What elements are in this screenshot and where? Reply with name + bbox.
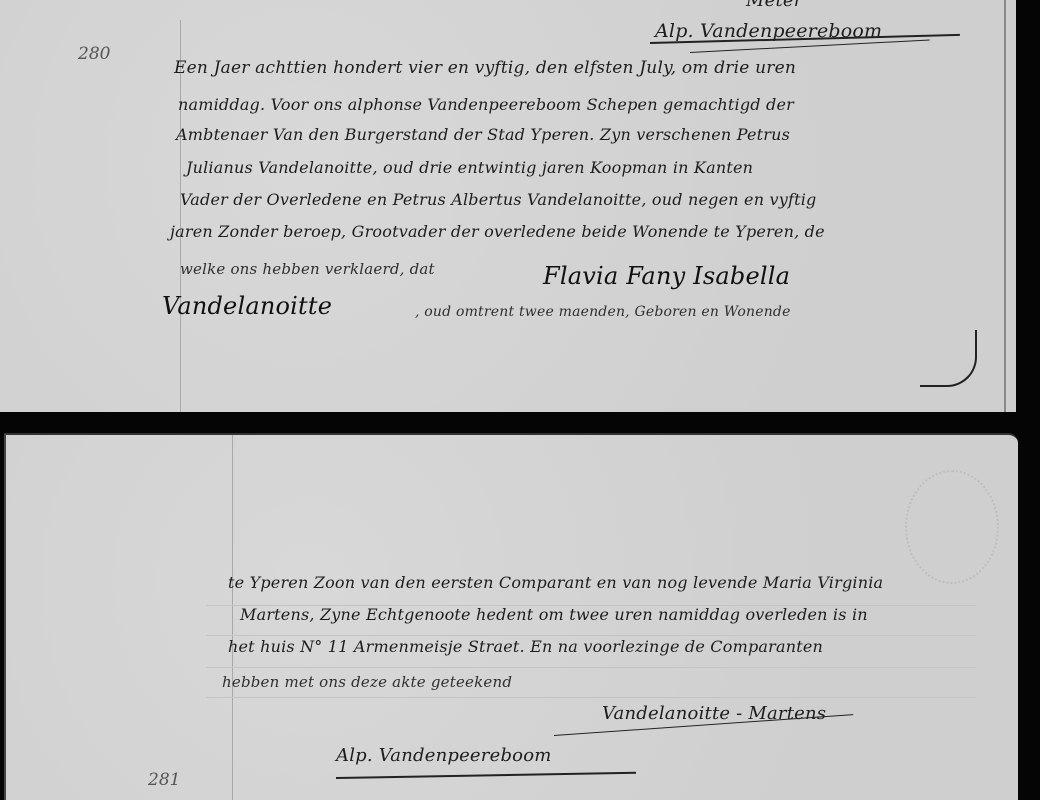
record-line: Ambtenaer Van den Burgerstand der Stad Y… <box>176 125 790 144</box>
signature-official: Alp. Vandenpeereboom <box>336 745 552 766</box>
deceased-name-first: Flavia Fany Isabella <box>543 262 790 290</box>
record-line: jaren Zonder beroep, Grootvader der over… <box>170 222 825 241</box>
record-line: Vader der Overledene en Petrus Albertus … <box>180 190 817 209</box>
signature-parents: Vandelanoitte - Martens <box>602 703 826 724</box>
ruled-line <box>206 667 976 668</box>
ruled-line <box>206 697 976 698</box>
margin-rule <box>180 20 181 412</box>
record-line: Martens, Zyne Echtgenoote hedent om twee… <box>240 605 868 624</box>
record-number: 280 <box>78 44 110 64</box>
record-line: Een Jaer achttien hondert vier en vyftig… <box>174 58 796 78</box>
record-line: Julianus Vandelanoitte, oud drie entwint… <box>186 158 753 177</box>
page-edge <box>1004 0 1006 412</box>
record-line: , oud omtrent twee maenden, Geboren en W… <box>415 304 791 320</box>
record-number: 281 <box>148 770 180 790</box>
record-line: welke ons hebben verklaerd, dat <box>180 260 435 278</box>
register-page-top: Meter Alp. Vandenpeereboom 280 Een Jaer … <box>0 0 1016 412</box>
record-line: het huis N° 11 Armenmeisje Straet. En na… <box>228 637 823 656</box>
record-line: hebben met ons deze akte geteekend <box>222 673 512 691</box>
faded-stamp <box>905 470 999 584</box>
end-flourish <box>920 330 977 387</box>
margin-rule <box>232 435 233 800</box>
header-partial-word: Meter <box>746 0 803 11</box>
ruled-line <box>206 635 976 636</box>
register-page-bottom: te Yperen Zoon van den eersten Comparant… <box>4 433 1018 800</box>
deceased-name-last: Vandelanoitte <box>162 292 332 320</box>
record-line: namiddag. Voor ons alphonse Vandenpeereb… <box>178 95 794 114</box>
signature-underline <box>336 772 636 779</box>
record-line: te Yperen Zoon van den eersten Comparant… <box>228 573 883 592</box>
